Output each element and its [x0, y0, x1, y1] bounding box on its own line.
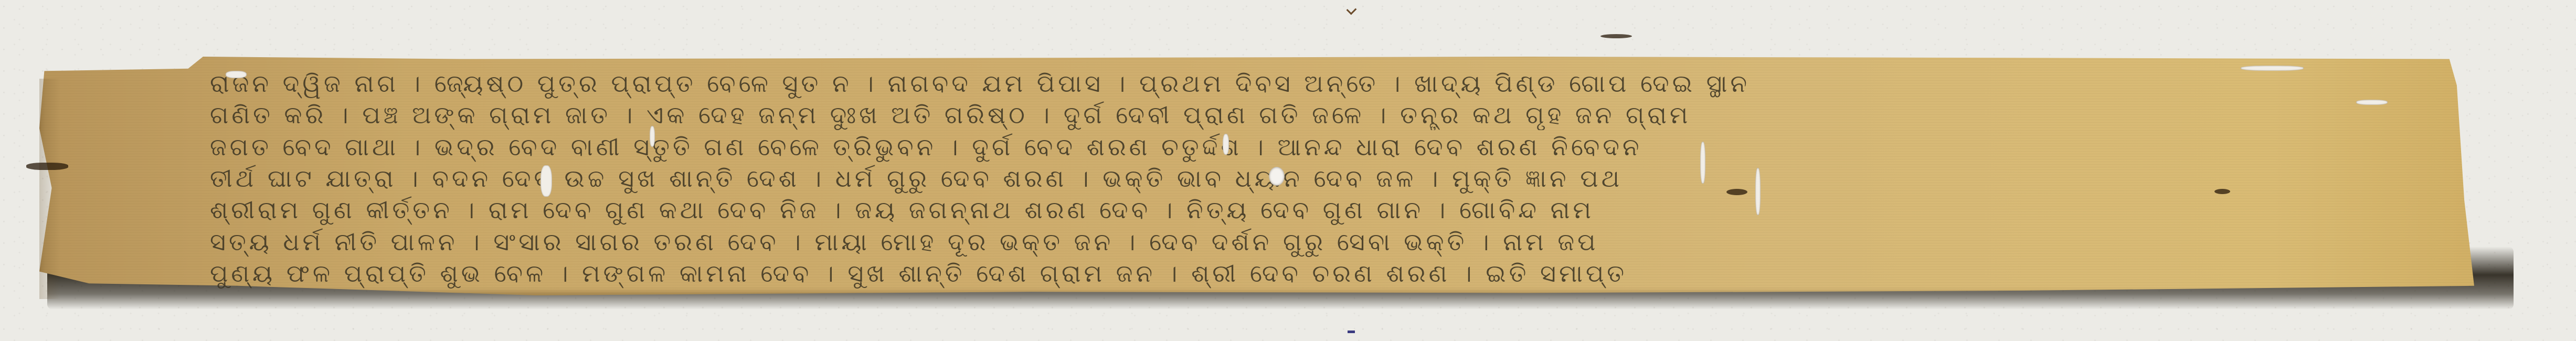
string-hole [1269, 167, 1285, 186]
wormhole [2241, 66, 2304, 71]
stray-mark [1348, 331, 1355, 333]
wormhole [2356, 100, 2388, 105]
stray-mark [1347, 5, 1357, 15]
wormhole [650, 126, 655, 147]
manuscript-line-5: ଶ୍ରୀରାମ ଗୁଣ କୀର୍ତ୍ତନ । ରାମ ଦେବ ଗୁଣ କଥା ଦ… [210, 195, 2424, 225]
manuscript-line-6: ସତ୍ୟ ଧର୍ମ ନୀତି ପାଳନ । ସଂସାର ସାଗର ତରଣ ଦେବ… [210, 227, 2424, 257]
manuscript-line-7: ପୁଣ୍ୟ ଫଳ ପ୍ରାପ୍ତି ଶୁଭ ବେଳ । ମଙ୍ଗଳ କାମନା … [210, 258, 2424, 289]
wormhole [1223, 134, 1229, 155]
manuscript-line-3: ଜଗତ ବେଦ ଗାଥା । ଭଦ୍ର ବେଦ ବାଣୀ ସ୍ତୁତି ଗଣ ବ… [210, 132, 2424, 162]
ink-stain [2214, 189, 2230, 194]
ink-stain [26, 163, 68, 170]
wormhole [540, 165, 552, 197]
ink-stain [1726, 189, 1747, 195]
manuscript-line-2: ଗଣିତ କରି । ପଞ୍ଚ ଅଙ୍କ ଗ୍ରାମ ଜାତ । ଏକ ଦେହ … [210, 100, 2424, 130]
wormhole [226, 71, 247, 78]
wormhole [1700, 142, 1705, 184]
leaf-left-edge [39, 79, 60, 299]
wormhole [1755, 168, 1761, 215]
ink-stain [1600, 34, 1632, 38]
manuscript-line-1: ରାଜନ ଦ୍ୱିଜ ନାଗ । ଜ୍ୟେଷ୍ଠ ପୁତ୍ର ପ୍ରାପ୍ତ ବ… [210, 68, 2424, 99]
